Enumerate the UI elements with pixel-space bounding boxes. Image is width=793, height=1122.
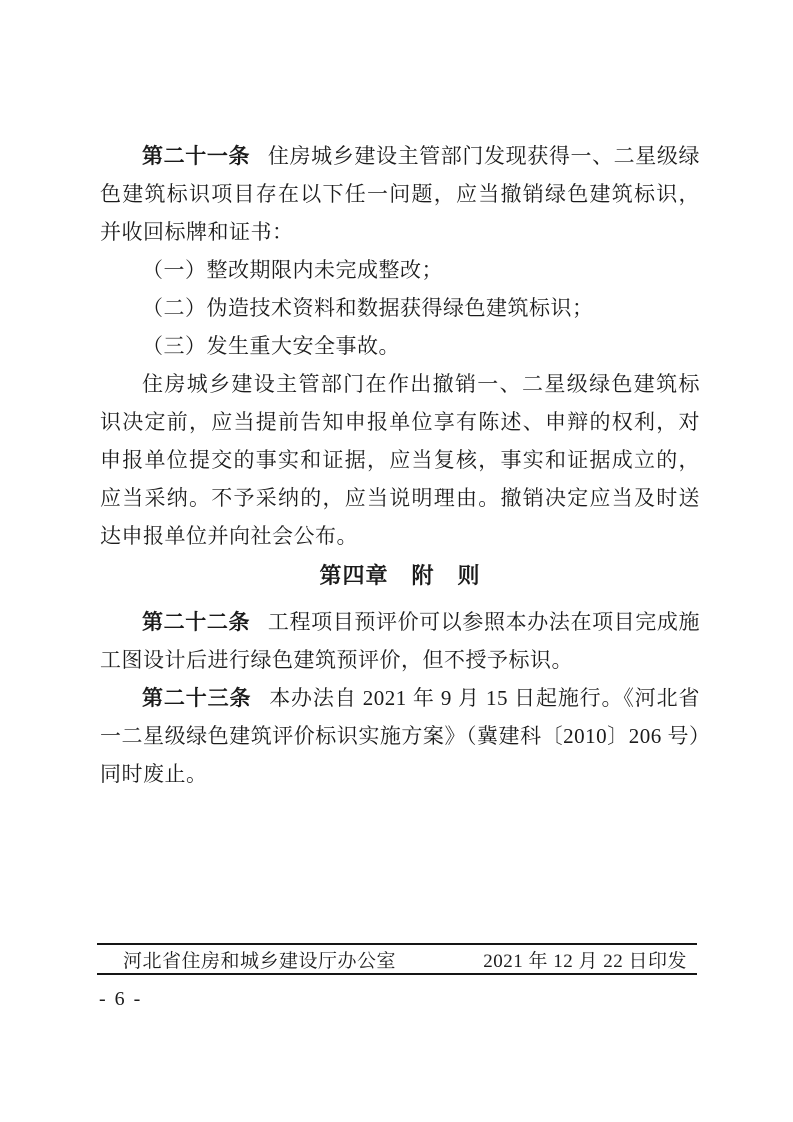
page-number: - 6 - <box>99 988 142 1011</box>
document-body: 第二十一条住房城乡建设主管部门发现获得一、二星级绿色建筑标识项目存在以下任一问题… <box>100 137 700 793</box>
footer-imprint-bar: 河北省住房和城乡建设厅办公室 2021 年 12 月 22 日印发 <box>97 943 697 975</box>
paragraph: 第二十三条本办法自 2021 年 9 月 15 日起施行。《河北省一二星级绿色建… <box>100 679 700 793</box>
document-page: 第二十一条住房城乡建设主管部门发现获得一、二星级绿色建筑标识项目存在以下任一问题… <box>0 0 793 1122</box>
paragraph: 第二十一条住房城乡建设主管部门发现获得一、二星级绿色建筑标识项目存在以下任一问题… <box>100 137 700 251</box>
article-number: 第二十二条 <box>142 610 250 634</box>
paragraph: 第二十二条工程项目预评价可以参照本办法在项目完成施工图设计后进行绿色建筑预评价，… <box>100 603 700 679</box>
paragraph: （二）伪造技术资料和数据获得绿色建筑标识； <box>100 289 700 327</box>
paragraph-text: （一）整改期限内未完成整改； <box>142 258 443 282</box>
paragraph-text: （三）发生重大安全事故。 <box>142 334 400 358</box>
chapter-heading: 第四章 附 则 <box>100 557 700 595</box>
paragraph-text: 住房城乡建设主管部门在作出撤销一、二星级绿色建筑标识决定前，应当提前告知申报单位… <box>100 372 700 548</box>
article-number: 第二十一条 <box>142 144 250 168</box>
paragraph: 住房城乡建设主管部门在作出撤销一、二星级绿色建筑标识决定前，应当提前告知申报单位… <box>100 365 700 555</box>
paragraph: （三）发生重大安全事故。 <box>100 327 700 365</box>
paragraph: （一）整改期限内未完成整改； <box>100 251 700 289</box>
paragraph-text: （二）伪造技术资料和数据获得绿色建筑标识； <box>142 296 594 320</box>
article-number: 第二十三条 <box>142 686 251 710</box>
footer-issuer: 河北省住房和城乡建设厅办公室 <box>123 946 396 973</box>
footer-print-date: 2021 年 12 月 22 日印发 <box>483 946 687 973</box>
